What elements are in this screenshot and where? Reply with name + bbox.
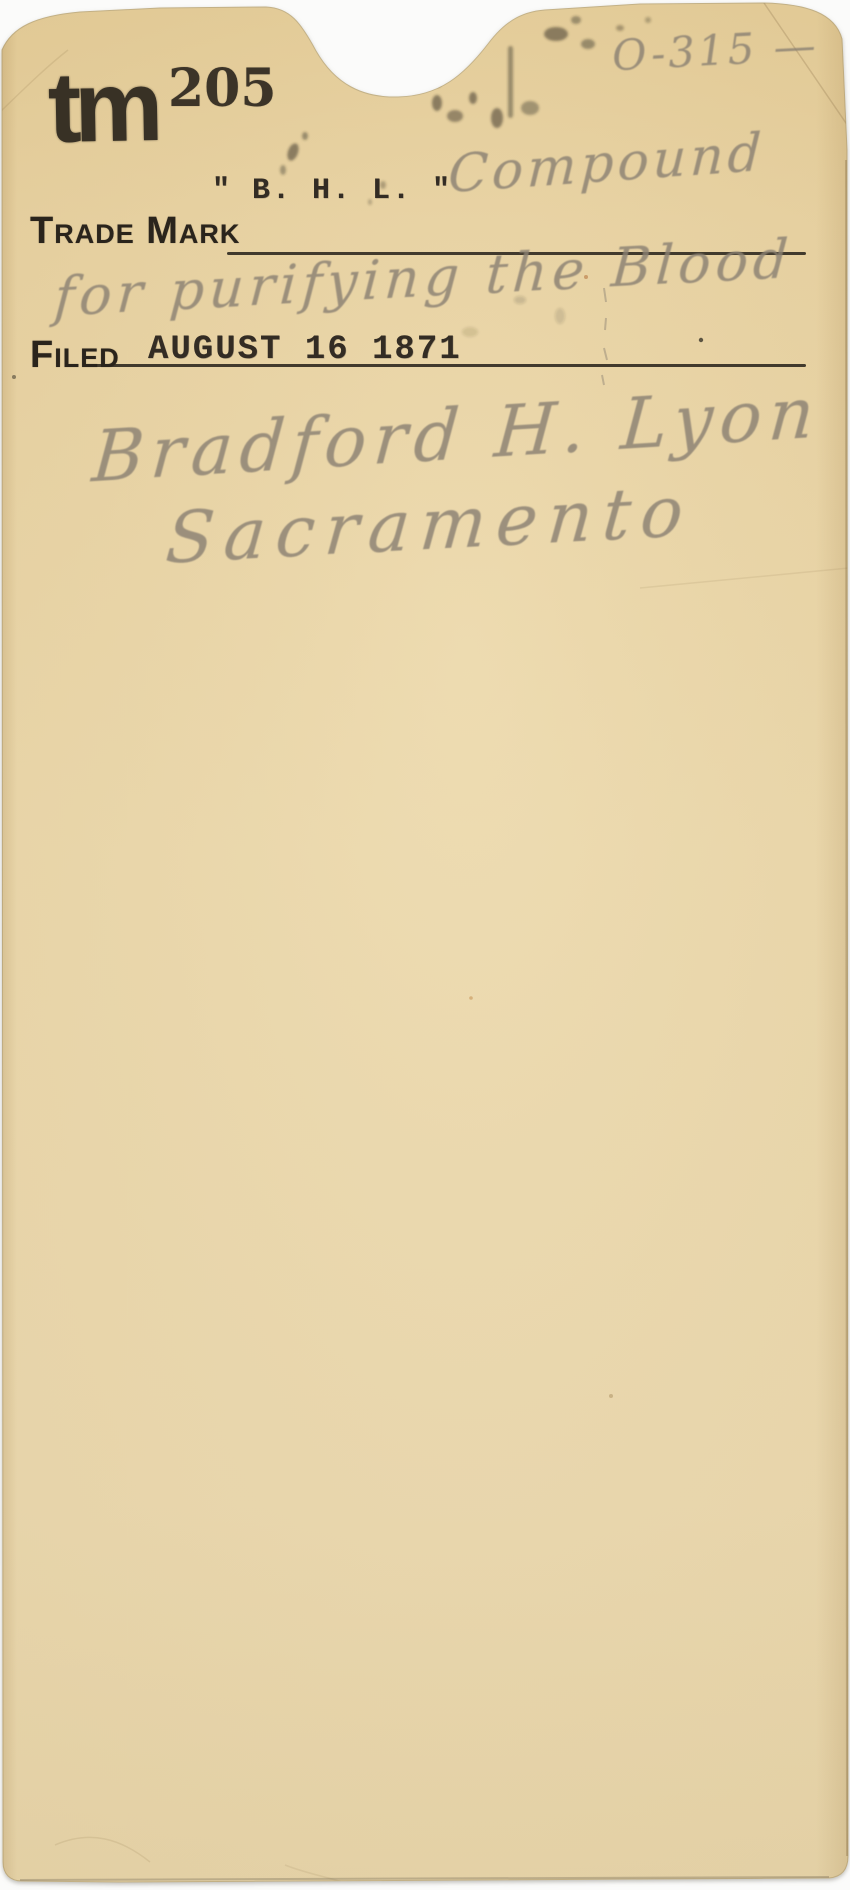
scanned-document-page: tm 205 O-315 — " B. H. L. " Compound Tra… [0,0,850,1890]
filed-label: Filed [30,334,120,377]
card-number: 205 [168,58,277,119]
trade-mark-label: Trade Mark [30,210,240,253]
filed-rule-line [93,364,806,367]
tm-stamp: tm [47,49,157,166]
trade-mark-typed-value: " B. H. L. " [212,174,452,208]
